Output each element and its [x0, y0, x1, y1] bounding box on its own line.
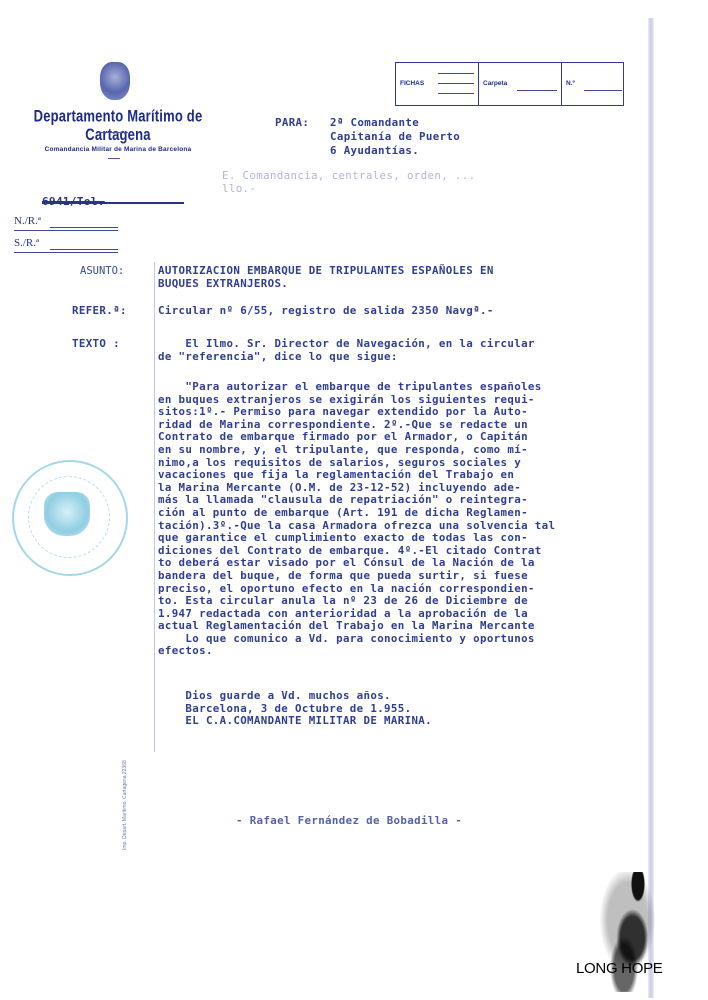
margin-rule	[154, 262, 155, 752]
text-line: bandera del buque, de forma que pueda su…	[158, 570, 555, 583]
fichas-label: FICHAS	[400, 80, 424, 87]
nr-line	[50, 227, 118, 228]
asunto-label: ASUNTO:	[80, 265, 124, 277]
carpeta-line	[517, 90, 557, 91]
divider	[108, 158, 120, 159]
nr-underline	[14, 230, 118, 231]
text-line: EL C.A.COMANDANTE MILITAR DE MARINA.	[158, 715, 432, 728]
sr-underline	[14, 252, 118, 253]
seal-crest-icon	[44, 492, 90, 536]
text-line: sitos:1º.- Permiso para navegar extendid…	[158, 406, 555, 419]
nr-label: N./R.ª	[14, 215, 41, 227]
text-line: actual Reglamentación del Trabajo en la …	[158, 620, 555, 633]
sr-line	[50, 249, 118, 250]
divider	[100, 132, 128, 133]
text-line: efectos.	[158, 645, 555, 658]
distribution-label: PARA:	[275, 117, 309, 130]
referencia-label: REFER.ª:	[72, 305, 127, 318]
texto-body: "Para autorizar el embarque de tripulant…	[158, 381, 555, 658]
text-line: to. Esta circular anula la nº 23 de 26 d…	[158, 595, 555, 608]
text-line: Dios guarde a Vd. muchos años.	[158, 690, 432, 703]
asunto-line: BUQUES EXTRANJEROS.	[158, 278, 288, 291]
command-subtitle: Comandancia Militar de Marina de Barcelo…	[20, 146, 216, 153]
carpeta-label: Carpeta	[483, 80, 507, 87]
fichas-line	[438, 93, 474, 94]
distribution-line: Capitanía de Puerto	[330, 131, 460, 144]
faint-line: llo.-	[222, 183, 256, 196]
coat-of-arms-icon	[100, 62, 130, 100]
asunto-line: AUTORIZACION EMBARQUE DE TRIPULANTES ESP…	[158, 265, 494, 278]
fichas-line	[438, 73, 474, 74]
filing-box: FICHAS Carpeta N.º	[395, 62, 624, 106]
strike-rule	[42, 202, 184, 204]
department-title: Departamento Marítimo de Cartagena	[18, 106, 218, 144]
numero-cell: N.º	[562, 63, 623, 105]
numero-line	[584, 90, 622, 91]
text-line: ción al punto de embarque (Art. 191 de d…	[158, 507, 555, 520]
distribution-line: 6 Ayudantías.	[330, 145, 419, 158]
fichas-line	[438, 83, 474, 84]
text-line: de "referencia", dice lo que sigue:	[158, 351, 535, 364]
text-line: El Ilmo. Sr. Director de Navegación, en …	[158, 338, 535, 351]
texto-label: TEXTO :	[72, 338, 120, 351]
fichas-cell: FICHAS	[396, 63, 479, 105]
text-line: Lo que comunico a Vd. para conocimiento …	[158, 633, 555, 646]
texto-intro: El Ilmo. Sr. Director de Navegación, en …	[158, 338, 535, 363]
referencia-text: Circular nº 6/55, registro de salida 235…	[158, 305, 494, 318]
text-line: vacaciones que fija la reglamentación de…	[158, 469, 555, 482]
faint-line: E. Comandancia, centrales, orden, ...	[222, 170, 475, 183]
distribution-line: 2ª Comandante	[330, 117, 419, 130]
text-line: que garantice el cumplimiento exacto de …	[158, 532, 555, 545]
page-edge	[648, 18, 654, 998]
signature: - Rafael Fernández de Bobadilla -	[236, 815, 462, 828]
printer-note: Imp. Depart. Marítimo. Cartagena 22368	[122, 760, 128, 850]
text-line: "Para autorizar el embarque de tripulant…	[158, 381, 555, 394]
carpeta-cell: Carpeta	[479, 63, 562, 105]
text-line: en su nombre, y, el tripulante, que resp…	[158, 444, 555, 457]
sr-label: S./R.ª	[14, 237, 39, 249]
watermark: LONG HOPE	[576, 960, 663, 977]
numero-label: N.º	[566, 80, 575, 87]
texto-closing: Dios guarde a Vd. muchos años. Barcelona…	[158, 690, 432, 728]
